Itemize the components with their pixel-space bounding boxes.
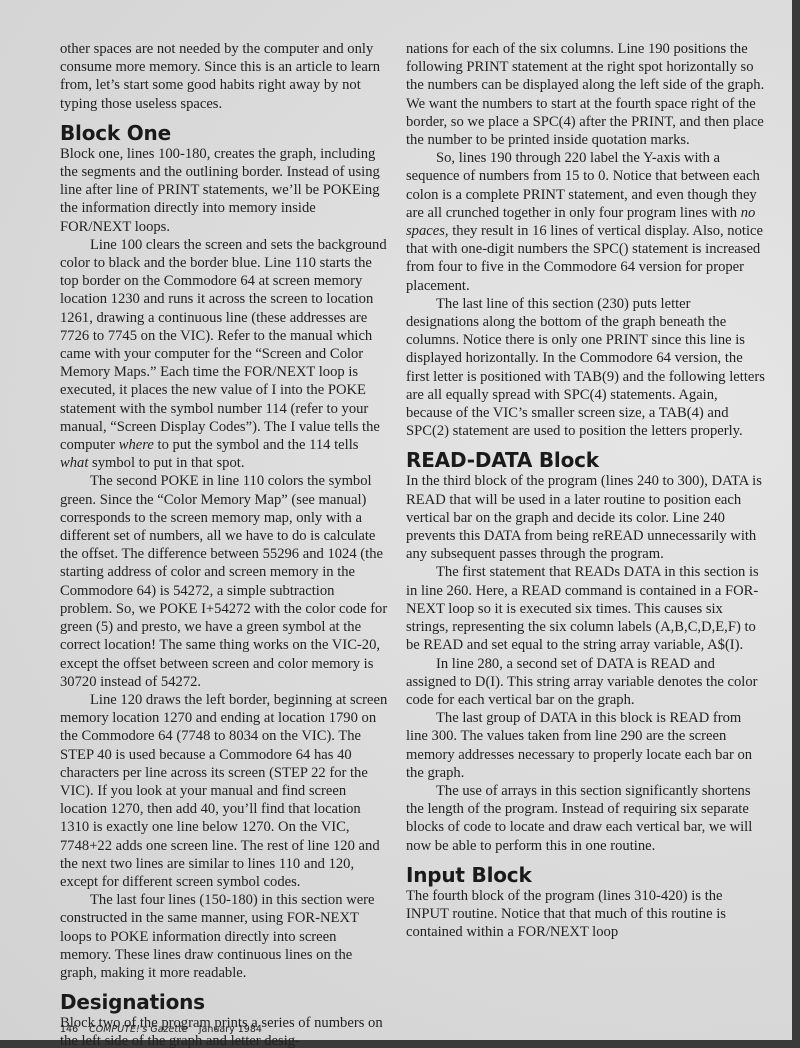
paragraph: Line 120 draws the left border, beginnin… [60,691,390,891]
paragraph: The last line of this section (230) puts… [406,295,766,441]
page-footer: 146 COMPUTE!'s Gazette January 1984 [60,1024,270,1035]
paragraph: The second POKE in line 110 colors the s… [60,472,390,690]
magazine-page: other spaces are not needed by the compu… [0,0,792,1040]
paragraph: Line 100 clears the screen and sets the … [60,236,390,473]
paragraph: The use of arrays in this section signif… [406,782,766,855]
heading-block-one: Block One [60,121,390,145]
paragraph: Block one, lines 100-180, creates the gr… [60,145,390,236]
paragraph: The last four lines (150-180) in this se… [60,891,390,982]
heading-input-block: Input Block [406,863,766,887]
paragraph: So, lines 190 through 220 label the Y-ax… [406,149,766,295]
left-column: other spaces are not needed by the compu… [60,40,390,1048]
magazine-title: COMPUTE!'s Gazette [89,1024,188,1035]
right-column: nations for each of the six columns. Lin… [406,40,766,941]
paragraph: In line 280, a second set of DATA is REA… [406,655,766,710]
issue-date: January 1984 [199,1024,262,1035]
paragraph: other spaces are not needed by the compu… [60,40,390,113]
paragraph: The first statement that READs DATA in t… [406,563,766,654]
heading-designations: Designations [60,990,390,1014]
paragraph: In the third block of the program (lines… [406,472,766,563]
paragraph: The fourth block of the program (lines 3… [406,887,766,942]
paragraph: The last group of DATA in this block is … [406,709,766,782]
page-number: 146 [60,1024,78,1035]
heading-read-data-block: READ-DATA Block [406,448,766,472]
paragraph: nations for each of the six columns. Lin… [406,40,766,149]
